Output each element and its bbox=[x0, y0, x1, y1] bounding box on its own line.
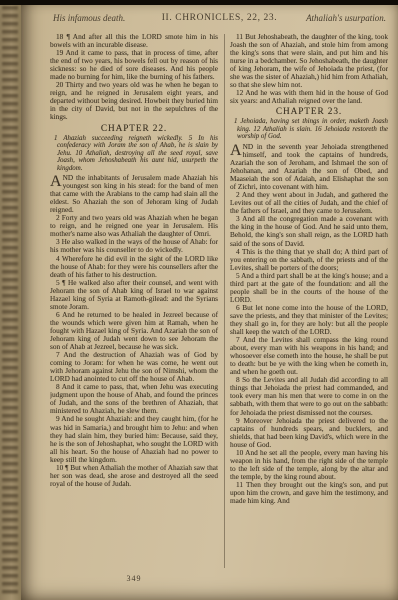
verse: 10 And he set all the people, every man … bbox=[230, 449, 388, 481]
running-head: His infamous death. II. CHRONICLES, 22, … bbox=[53, 13, 386, 27]
verse: 3 And all the congregation made a covena… bbox=[230, 215, 388, 247]
facing-page-ghost-text bbox=[2, 6, 18, 594]
verse: 20 Thirty and two years old was he when … bbox=[50, 81, 218, 121]
verse: 19 And it came to pass, that in process … bbox=[50, 49, 218, 81]
verse: 11 Then they brought out the king's son,… bbox=[230, 481, 388, 505]
verse: 11 But Jehoshabeath, the daughter of the… bbox=[230, 33, 388, 89]
book-gutter-edge bbox=[0, 0, 21, 600]
chapter-heading-23: CHAPTER 23. bbox=[230, 108, 388, 116]
verse: 9 Moreover Jehoiada the priest delivered… bbox=[230, 417, 388, 449]
page-paper: His infamous death. II. CHRONICLES, 22, … bbox=[21, 0, 398, 600]
scanned-bible-page: His infamous death. II. CHRONICLES, 22, … bbox=[0, 0, 398, 600]
verse: 8 And it came to pass, that, when Jehu w… bbox=[50, 383, 218, 415]
column-divider-rule bbox=[224, 34, 225, 568]
verse: 2 Forty and two years old was Ahaziah wh… bbox=[50, 214, 218, 238]
verse: 8 So the Levites and all Judah did accor… bbox=[230, 376, 388, 416]
verse: AND the inhabitants of Jerusalem made Ah… bbox=[50, 174, 218, 214]
verse: 5 And a third part shall be at the king'… bbox=[230, 272, 388, 304]
chapter-22-summary: 1 Ahaziah succeeding reigneth wickedly. … bbox=[50, 135, 218, 173]
verse: 10 ¶ But when Athaliah the mother of Aha… bbox=[50, 464, 218, 488]
verse: 9 And he sought Ahaziah: and they caught… bbox=[50, 415, 218, 463]
running-head-right: Athaliah's usurpation. bbox=[306, 13, 386, 23]
chapter-23-summary: 1 Jehoiada, having set things in order, … bbox=[230, 118, 388, 141]
text-columns: 18 ¶ And after all this the LORD smote h… bbox=[50, 33, 388, 574]
verse: 4 Wherefore he did evil in the sight of … bbox=[50, 255, 218, 279]
verse: 4 This is the thing that ye shall do; A … bbox=[230, 248, 388, 272]
verse: 6 But let none come into the house of th… bbox=[230, 304, 388, 336]
verse: 2 And they went about in Judah, and gath… bbox=[230, 191, 388, 215]
chapter-heading-22: CHAPTER 22. bbox=[50, 125, 218, 133]
verse: 7 And the Levites shall compass the king… bbox=[230, 336, 388, 376]
verse: 12 And he was with them hid in the house… bbox=[230, 89, 388, 105]
verse: 5 ¶ He walked also after their counsel, … bbox=[50, 279, 218, 311]
verse: 18 ¶ And after all this the LORD smote h… bbox=[50, 33, 218, 49]
verse: AND in the seventh year Jehoiada strengt… bbox=[230, 143, 388, 191]
page-number: 349 bbox=[50, 574, 218, 583]
verse: 3 He also walked in the ways of the hous… bbox=[50, 238, 218, 254]
left-column: 18 ¶ And after all this the LORD smote h… bbox=[50, 33, 218, 574]
right-column: 11 But Jehoshabeath, the daughter of the… bbox=[230, 33, 388, 574]
photo-top-edge bbox=[0, 0, 398, 5]
verse: 6 And he returned to be healed in Jezree… bbox=[50, 311, 218, 351]
verse: 7 And the destruction of Ahaziah was of … bbox=[50, 351, 218, 383]
